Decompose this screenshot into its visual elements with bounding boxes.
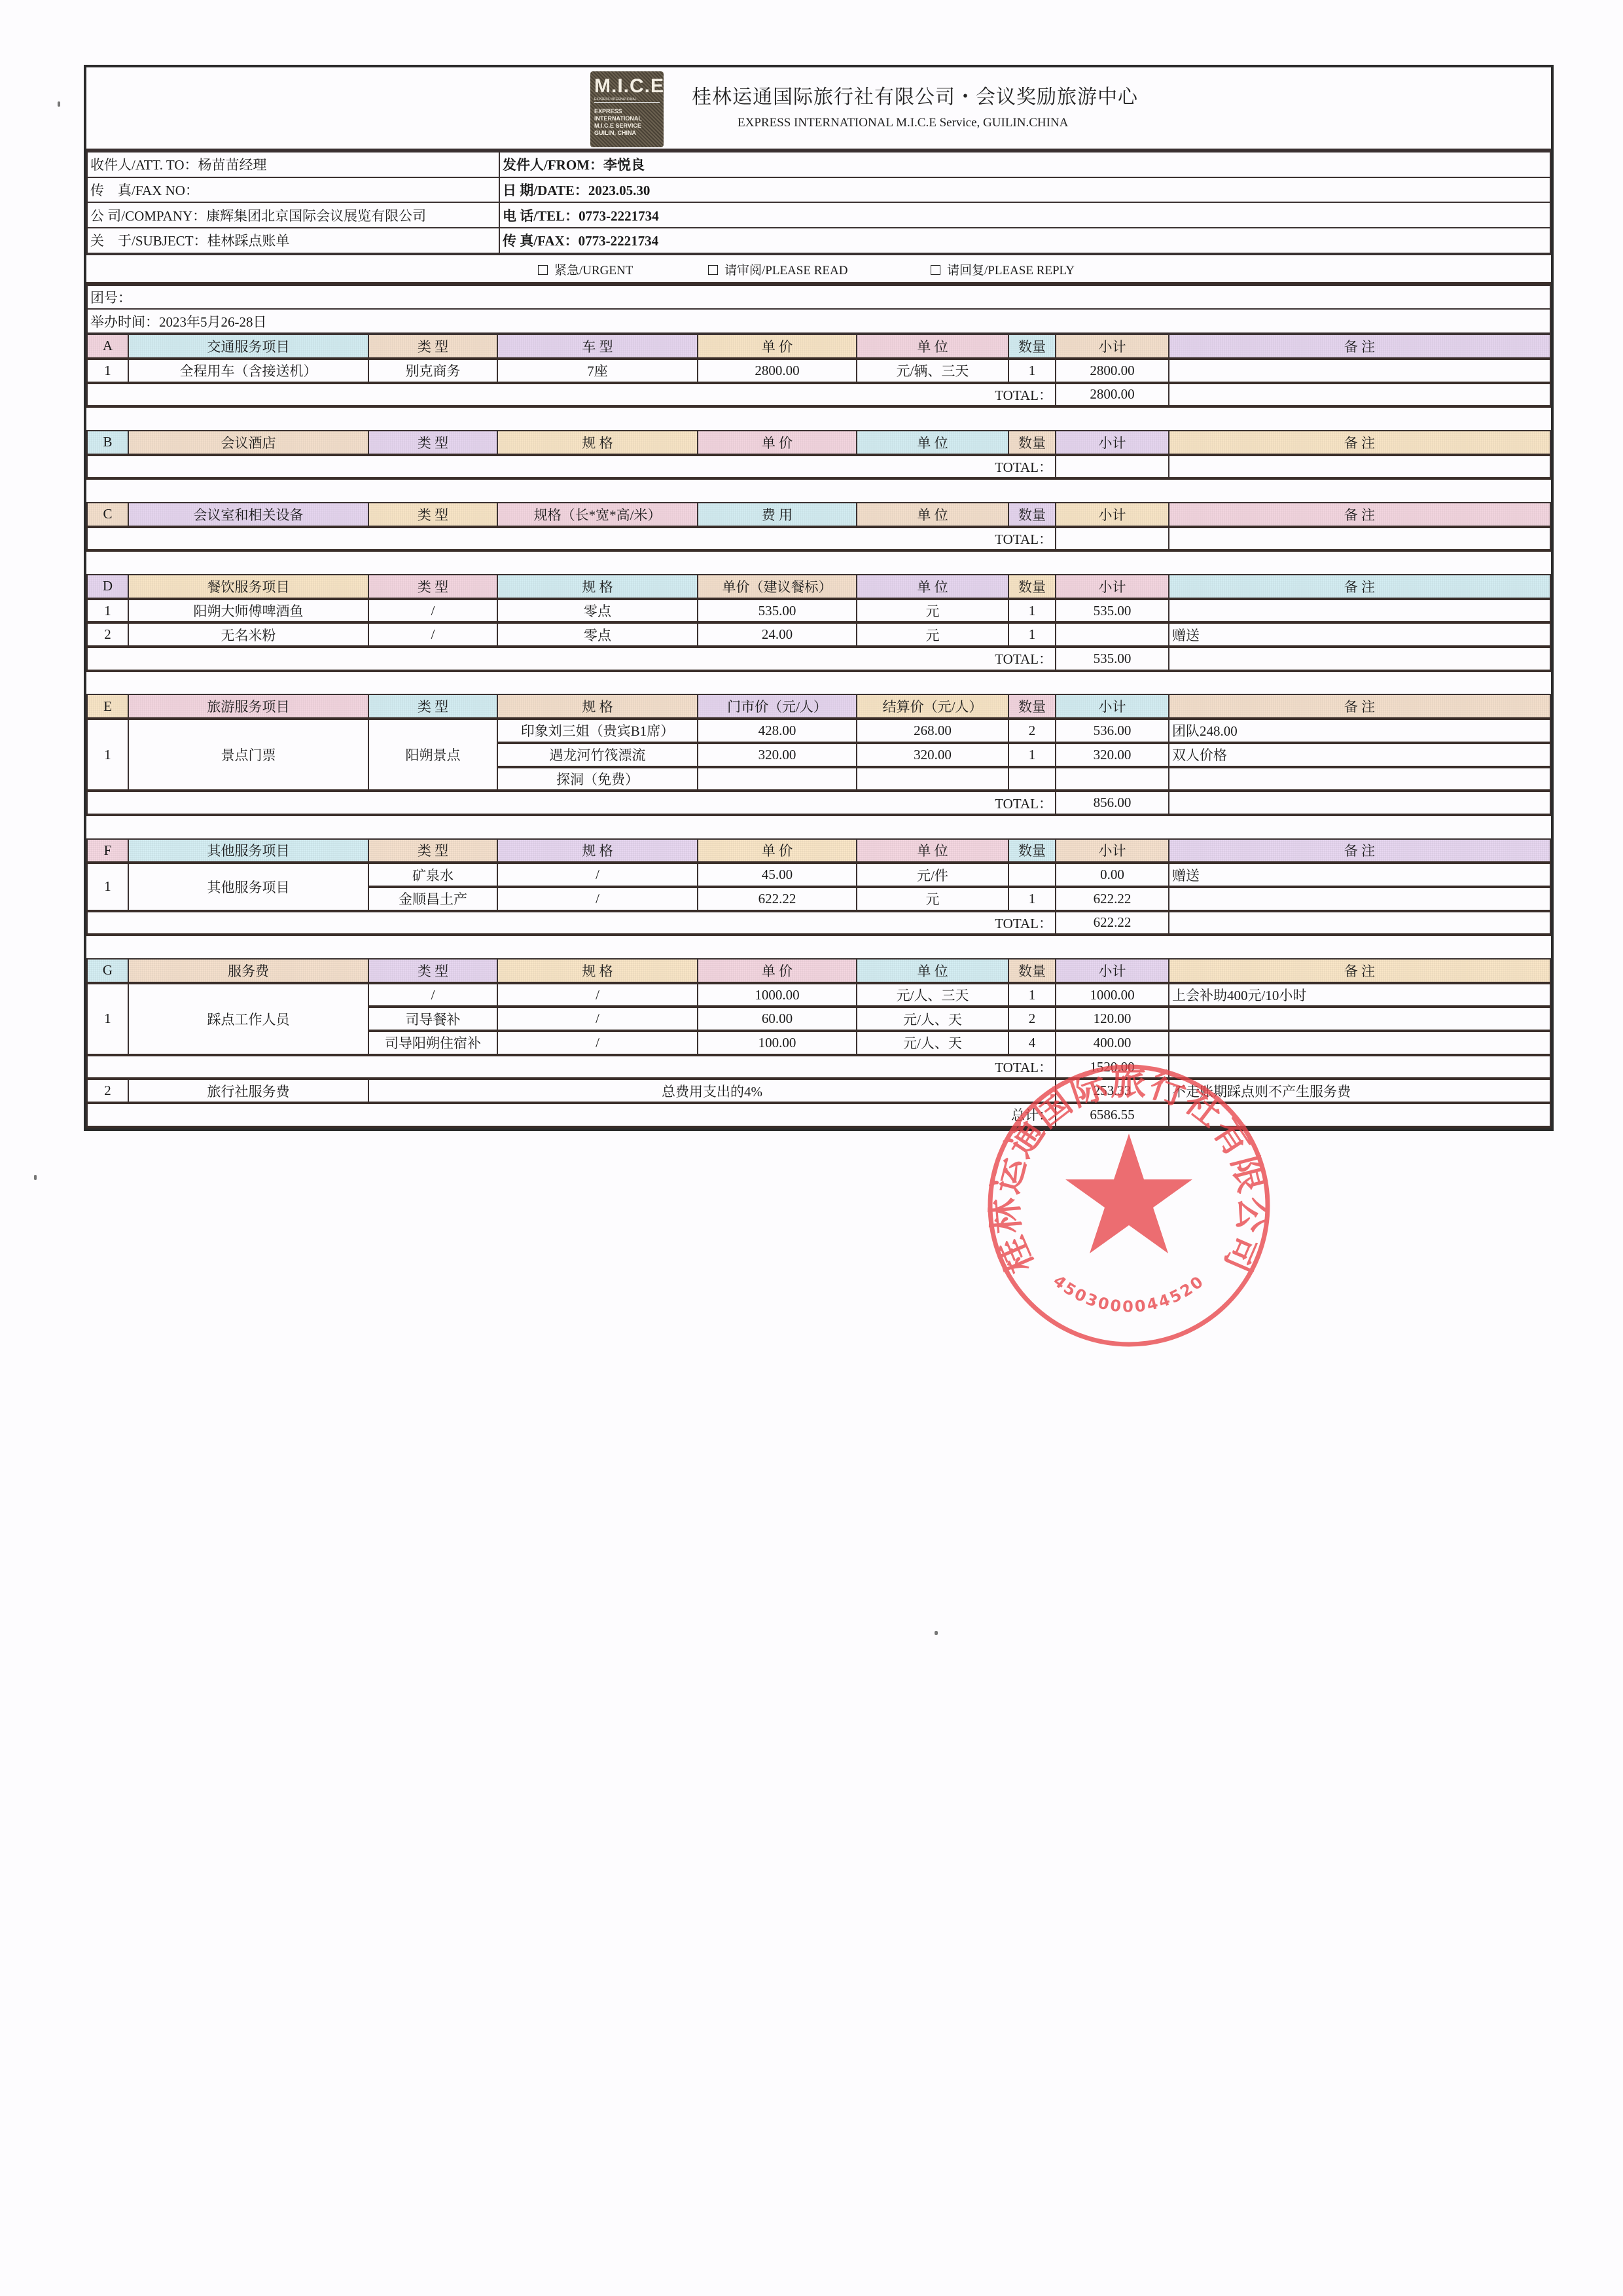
item-price: 1000.00 bbox=[698, 983, 857, 1007]
checkbox-label: 请回复/PLEASE REPLY bbox=[947, 264, 1075, 278]
item-price: 60.00 bbox=[698, 1007, 857, 1031]
svg-text:4503000044520: 4503000044520 bbox=[1050, 1272, 1208, 1316]
column-header: 小计 bbox=[1056, 959, 1169, 983]
total-label: TOTAL： bbox=[87, 527, 1056, 551]
recipient-info-cell: 传 真/FAX NO： bbox=[87, 177, 499, 203]
total-label: TOTAL： bbox=[87, 791, 1056, 815]
group-number: 团号： bbox=[87, 285, 1550, 310]
table-row: 2旅行社服务费总费用支出的4%253.33不走账期踩点则不产生服务费 bbox=[87, 1079, 1550, 1103]
column-header: 小计 bbox=[1056, 503, 1169, 527]
info-table: 收件人/ATT. TO：杨苗苗经理发件人/FROM：李悦良传 真/FAX NO：… bbox=[86, 151, 1551, 254]
grand-total: 6586.55 bbox=[1056, 1103, 1169, 1127]
grand-total-label: 总计： bbox=[87, 1103, 1056, 1127]
item-price: 45.00 bbox=[698, 863, 857, 887]
column-header: 单 价 bbox=[698, 959, 857, 983]
column-header: 备 注 bbox=[1169, 839, 1550, 863]
items-table: A交通服务项目类 型车 型单 价单 位数量小计备 注1全程用车（含接送机）别克商… bbox=[86, 334, 1551, 1128]
item-spec: 探洞（免费） bbox=[497, 767, 698, 791]
column-header: 类 型 bbox=[368, 503, 497, 527]
row-number: 2 bbox=[87, 622, 128, 647]
recipient-info-cell: 关 于/SUBJECT：桂林踩点账单 bbox=[87, 228, 499, 253]
section-total: 622.22 bbox=[1056, 911, 1169, 935]
section-total: 2800.00 bbox=[1056, 383, 1169, 407]
section-total-row: TOTAL：622.22 bbox=[87, 911, 1550, 935]
item-type: 司导餐补 bbox=[368, 1007, 497, 1031]
item-price: 320.00 bbox=[698, 743, 857, 767]
table-row: 1踩点工作人员//1000.00元/人、三天11000.00上会补助400元/1… bbox=[87, 983, 1550, 1007]
total-note bbox=[1169, 527, 1550, 551]
info-row: 公 司/COMPANY：康辉集团北京国际会议展览有限公司电 话/TEL：0773… bbox=[87, 202, 1550, 228]
item-name: 景点门票 bbox=[128, 719, 368, 791]
item-note: 双人价格 bbox=[1169, 743, 1550, 767]
sender-info-cell: 传 真/FAX：0773-2221734 bbox=[499, 228, 1550, 253]
section-gap-row bbox=[87, 671, 1550, 695]
scan-speck bbox=[935, 1631, 938, 1635]
row-number: 1 bbox=[87, 983, 128, 1055]
section-code: A bbox=[87, 334, 128, 359]
item-type: 矿泉水 bbox=[368, 863, 497, 887]
column-header: 单价（建议餐标） bbox=[698, 575, 857, 599]
row-number: 1 bbox=[87, 719, 128, 791]
column-header: 备 注 bbox=[1169, 694, 1550, 719]
scan-speck bbox=[58, 101, 60, 107]
item-unit: 元 bbox=[857, 887, 1008, 911]
section-header-row: B会议酒店类 型规 格单 价单 位数量小计备 注 bbox=[87, 431, 1550, 455]
column-header: 小计 bbox=[1056, 839, 1169, 863]
info-row: 关 于/SUBJECT：桂林踩点账单传 真/FAX：0773-2221734 bbox=[87, 228, 1550, 253]
section-code: C bbox=[87, 503, 128, 527]
column-header: 规 格 bbox=[497, 431, 698, 455]
item-qty: 4 bbox=[1008, 1031, 1056, 1055]
letterhead: M.I.C.E EXPRESS INTERNATIONAL EXPRESS IN… bbox=[86, 67, 1551, 151]
item-price: 24.00 bbox=[698, 622, 857, 647]
item-unit: 元/辆、三天 bbox=[857, 359, 1008, 383]
item-unit: 元/人、天 bbox=[857, 1031, 1008, 1055]
section-gap-row bbox=[87, 550, 1550, 575]
item-name: 全程用车（含接送机） bbox=[128, 359, 368, 383]
column-header: 备 注 bbox=[1169, 959, 1550, 983]
invoice-sheet: M.I.C.E EXPRESS INTERNATIONAL EXPRESS IN… bbox=[84, 65, 1554, 1131]
item-subtotal bbox=[1056, 622, 1169, 647]
item-spec: 零点 bbox=[497, 622, 698, 647]
checkbox-label: 紧急/URGENT bbox=[554, 264, 633, 278]
column-header: 小计 bbox=[1056, 431, 1169, 455]
section-code: E bbox=[87, 694, 128, 719]
item-name: 旅行社服务费 bbox=[128, 1079, 368, 1103]
item-subtotal: 1000.00 bbox=[1056, 983, 1169, 1007]
item-type: 别克商务 bbox=[368, 359, 497, 383]
item-unit: 元/人、三天 bbox=[857, 983, 1008, 1007]
total-label: TOTAL： bbox=[87, 455, 1056, 479]
column-header: 车 型 bbox=[497, 334, 698, 359]
total-note bbox=[1169, 647, 1550, 671]
section-gap-row bbox=[87, 935, 1550, 959]
section-header-row: A交通服务项目类 型车 型单 价单 位数量小计备 注 bbox=[87, 334, 1550, 359]
logo-line: EXPRESS bbox=[594, 108, 660, 115]
section-total bbox=[1056, 455, 1169, 479]
item-desc: 总费用支出的4% bbox=[368, 1079, 1056, 1103]
item-qty: 2 bbox=[1008, 1007, 1056, 1031]
row-number: 1 bbox=[87, 863, 128, 910]
item-spec: 零点 bbox=[497, 599, 698, 623]
item-note bbox=[1169, 887, 1550, 911]
column-header: 交通服务项目 bbox=[128, 334, 368, 359]
column-header: 费 用 bbox=[698, 503, 857, 527]
item-price: 428.00 bbox=[698, 719, 857, 743]
spacer bbox=[87, 815, 1550, 839]
item-subtotal: 536.00 bbox=[1056, 719, 1169, 743]
column-header: 类 型 bbox=[368, 575, 497, 599]
section-gap-row bbox=[87, 406, 1550, 431]
item-unit: 元 bbox=[857, 622, 1008, 647]
item-qty: 1 bbox=[1008, 887, 1056, 911]
column-header: 数量 bbox=[1008, 839, 1056, 863]
spacer bbox=[87, 478, 1550, 503]
item-qty: 1 bbox=[1008, 983, 1056, 1007]
item-subtotal bbox=[1056, 767, 1169, 791]
item-note bbox=[1169, 599, 1550, 623]
section-total-row: TOTAL：1520.00 bbox=[87, 1055, 1550, 1079]
item-qty bbox=[1008, 767, 1056, 791]
item-unit: 320.00 bbox=[857, 743, 1008, 767]
column-header: 规 格 bbox=[497, 694, 698, 719]
total-note bbox=[1169, 1103, 1550, 1127]
item-type: 司导阳朔住宿补 bbox=[368, 1031, 497, 1055]
table-row: 1景点门票阳朔景点印象刘三姐（贵宾B1席）428.00268.002536.00… bbox=[87, 719, 1550, 743]
column-header: 单 位 bbox=[857, 959, 1008, 983]
item-type: / bbox=[368, 622, 497, 647]
column-header: 单 位 bbox=[857, 431, 1008, 455]
item-note bbox=[1169, 1031, 1550, 1055]
table-row: 1全程用车（含接送机）别克商务7座2800.00元/辆、三天12800.00 bbox=[87, 359, 1550, 383]
total-note bbox=[1169, 911, 1550, 935]
table-row: 1阳朔大师傅啤酒鱼/零点535.00元1535.00 bbox=[87, 599, 1550, 623]
logo-line: M.I.C.E SERVICE bbox=[594, 122, 660, 130]
item-spec: / bbox=[497, 887, 698, 911]
item-note: 上会补助400元/10小时 bbox=[1169, 983, 1550, 1007]
spacer bbox=[87, 935, 1550, 959]
total-note bbox=[1169, 383, 1550, 407]
column-header: 会议酒店 bbox=[128, 431, 368, 455]
column-header: 旅游服务项目 bbox=[128, 694, 368, 719]
item-note bbox=[1169, 359, 1550, 383]
total-note bbox=[1169, 1055, 1550, 1079]
item-subtotal: 622.22 bbox=[1056, 887, 1169, 911]
info-row: 收件人/ATT. TO：杨苗苗经理发件人/FROM：李悦良 bbox=[87, 152, 1550, 177]
logo-line: GUILIN, CHINA bbox=[594, 130, 660, 137]
section-total-row: TOTAL：2800.00 bbox=[87, 383, 1550, 407]
column-header: 备 注 bbox=[1169, 503, 1550, 527]
column-header: 小计 bbox=[1056, 334, 1169, 359]
column-header: 类 型 bbox=[368, 334, 497, 359]
total-label: TOTAL： bbox=[87, 383, 1056, 407]
checkbox-urgent[interactable]: 紧急/URGENT bbox=[538, 260, 633, 278]
section-code: D bbox=[87, 575, 128, 599]
column-header: 单 价 bbox=[698, 334, 857, 359]
column-header: 类 型 bbox=[368, 431, 497, 455]
section-gap-row bbox=[87, 815, 1550, 839]
column-header: 单 位 bbox=[857, 334, 1008, 359]
checkbox-please-reply[interactable]: 请回复/PLEASE REPLY bbox=[931, 260, 1075, 278]
item-name: 阳朔大师傅啤酒鱼 bbox=[128, 599, 368, 623]
item-note bbox=[1169, 1007, 1550, 1031]
section-total-row: TOTAL：535.00 bbox=[87, 647, 1550, 671]
item-name: 其他服务项目 bbox=[128, 863, 368, 910]
sender-info-cell: 日 期/DATE：2023.05.30 bbox=[499, 177, 1550, 203]
grand-total-row: 总计：6586.55 bbox=[87, 1103, 1550, 1127]
item-name: 无名米粉 bbox=[128, 622, 368, 647]
section-total bbox=[1056, 527, 1169, 551]
item-price: 622.22 bbox=[698, 887, 857, 911]
section-total-row: TOTAL： bbox=[87, 455, 1550, 479]
section-total-row: TOTAL：856.00 bbox=[87, 791, 1550, 815]
checkbox-please-read[interactable]: 请审阅/PLEASE READ bbox=[708, 260, 847, 278]
item-qty: 1 bbox=[1008, 743, 1056, 767]
item-unit: 268.00 bbox=[857, 719, 1008, 743]
item-note: 不走账期踩点则不产生服务费 bbox=[1169, 1079, 1550, 1103]
logo-tagline: EXPRESS INTERNATIONAL bbox=[594, 98, 660, 103]
column-header: 规 格 bbox=[497, 959, 698, 983]
table-row: 1其他服务项目矿泉水/45.00元/件0.00赠送 bbox=[87, 863, 1550, 887]
section-header-row: E旅游服务项目类 型规 格门市价（元/人）结算价（元/人）数量小计备 注 bbox=[87, 694, 1550, 719]
item-type: 金顺昌土产 bbox=[368, 887, 497, 911]
row-number: 1 bbox=[87, 599, 128, 623]
table-row: 2无名米粉/零点24.00元1赠送 bbox=[87, 622, 1550, 647]
item-price bbox=[698, 767, 857, 791]
item-subtotal: 120.00 bbox=[1056, 1007, 1169, 1031]
item-unit: 元/人、天 bbox=[857, 1007, 1008, 1031]
section-header-row: C会议室和相关设备类 型规格（长*宽*高/米）费 用单 位数量小计备 注 bbox=[87, 503, 1550, 527]
column-header: 数量 bbox=[1008, 431, 1056, 455]
spacer bbox=[87, 550, 1550, 575]
item-subtotal: 320.00 bbox=[1056, 743, 1169, 767]
section-code: B bbox=[87, 431, 128, 455]
priority-checkboxes: 紧急/URGENT 请审阅/PLEASE READ 请回复/PLEASE REP… bbox=[86, 254, 1551, 285]
sender-info-cell: 电 话/TEL：0773-2221734 bbox=[499, 202, 1550, 228]
column-header: 数量 bbox=[1008, 959, 1056, 983]
section-total-row: TOTAL： bbox=[87, 527, 1550, 551]
item-qty: 2 bbox=[1008, 719, 1056, 743]
column-header: 餐饮服务项目 bbox=[128, 575, 368, 599]
checkbox-label: 请审阅/PLEASE READ bbox=[724, 264, 847, 278]
section-code: F bbox=[87, 839, 128, 863]
item-subtotal: 0.00 bbox=[1056, 863, 1169, 887]
item-qty bbox=[1008, 863, 1056, 887]
column-header: 类 型 bbox=[368, 839, 497, 863]
column-header: 单 价 bbox=[698, 431, 857, 455]
column-header: 数量 bbox=[1008, 503, 1056, 527]
item-spec: 遇龙河竹筏漂流 bbox=[497, 743, 698, 767]
company-name-en: EXPRESS INTERNATIONAL M.I.C.E Service, G… bbox=[738, 116, 1068, 130]
section-total: 1520.00 bbox=[1056, 1055, 1169, 1079]
row-number: 1 bbox=[87, 359, 128, 383]
item-qty: 1 bbox=[1008, 599, 1056, 623]
item-qty: 1 bbox=[1008, 359, 1056, 383]
company-name-cn: 桂林运通国际旅行社有限公司・会议奖励旅游中心 bbox=[692, 81, 1138, 109]
column-header: 单 位 bbox=[857, 575, 1008, 599]
column-header: 门市价（元/人） bbox=[698, 694, 857, 719]
column-header: 数量 bbox=[1008, 334, 1056, 359]
event-time: 举办时间：2023年5月26-28日 bbox=[87, 309, 1550, 333]
section-code: G bbox=[87, 959, 128, 983]
column-header: 规 格 bbox=[497, 839, 698, 863]
total-label: TOTAL： bbox=[87, 911, 1056, 935]
item-note bbox=[1169, 767, 1550, 791]
item-type: / bbox=[368, 983, 497, 1007]
column-header: 小计 bbox=[1056, 575, 1169, 599]
spacer bbox=[87, 671, 1550, 695]
item-subtotal: 2800.00 bbox=[1056, 359, 1169, 383]
column-header: 数量 bbox=[1008, 575, 1056, 599]
column-header: 小计 bbox=[1056, 694, 1169, 719]
item-type: 阳朔景点 bbox=[368, 719, 497, 791]
item-qty: 1 bbox=[1008, 622, 1056, 647]
recipient-info-cell: 收件人/ATT. TO：杨苗苗经理 bbox=[87, 152, 499, 177]
item-unit: 元/件 bbox=[857, 863, 1008, 887]
checkbox-icon[interactable] bbox=[931, 265, 940, 275]
item-subtotal: 253.33 bbox=[1056, 1079, 1169, 1103]
item-spec: / bbox=[497, 983, 698, 1007]
total-label: TOTAL： bbox=[87, 1055, 1056, 1079]
column-header: 类 型 bbox=[368, 694, 497, 719]
logo-title: M.I.C.E bbox=[594, 75, 660, 98]
logo-line: INTERNATIONAL bbox=[594, 115, 660, 122]
total-note bbox=[1169, 455, 1550, 479]
column-header: 数量 bbox=[1008, 694, 1056, 719]
item-spec: 印象刘三姐（贵宾B1席） bbox=[497, 719, 698, 743]
item-note: 赠送 bbox=[1169, 863, 1550, 887]
recipient-info-cell: 公 司/COMPANY：康辉集团北京国际会议展览有限公司 bbox=[87, 202, 499, 228]
item-note: 赠送 bbox=[1169, 622, 1550, 647]
info-row: 传 真/FAX NO：日 期/DATE：2023.05.30 bbox=[87, 177, 1550, 203]
item-subtotal: 535.00 bbox=[1056, 599, 1169, 623]
column-header: 规格（长*宽*高/米） bbox=[497, 503, 698, 527]
item-spec: / bbox=[497, 1031, 698, 1055]
column-header: 规 格 bbox=[497, 575, 698, 599]
column-header: 结算价（元/人） bbox=[857, 694, 1008, 719]
item-price: 535.00 bbox=[698, 599, 857, 623]
column-header: 会议室和相关设备 bbox=[128, 503, 368, 527]
column-header: 备 注 bbox=[1169, 431, 1550, 455]
column-header: 类 型 bbox=[368, 959, 497, 983]
item-price: 100.00 bbox=[698, 1031, 857, 1055]
section-header-row: F其他服务项目类 型规 格单 价单 位数量小计备 注 bbox=[87, 839, 1550, 863]
mice-logo: M.I.C.E EXPRESS INTERNATIONAL EXPRESS IN… bbox=[590, 71, 664, 147]
checkbox-icon[interactable] bbox=[708, 265, 718, 275]
column-header: 单 价 bbox=[698, 839, 857, 863]
item-spec: / bbox=[497, 863, 698, 887]
total-note bbox=[1169, 791, 1550, 815]
section-gap-row bbox=[87, 478, 1550, 503]
sender-info-cell: 发件人/FROM：李悦良 bbox=[499, 152, 1550, 177]
column-header: 备 注 bbox=[1169, 575, 1550, 599]
section-header-row: D餐饮服务项目类 型规 格单价（建议餐标）单 位数量小计备 注 bbox=[87, 575, 1550, 599]
section-header-row: G服务费类 型规 格单 价单 位数量小计备 注 bbox=[87, 959, 1550, 983]
row-number: 2 bbox=[87, 1079, 128, 1103]
column-header: 单 位 bbox=[857, 839, 1008, 863]
spacer bbox=[87, 406, 1550, 431]
item-spec: 7座 bbox=[497, 359, 698, 383]
column-header: 服务费 bbox=[128, 959, 368, 983]
checkbox-icon[interactable] bbox=[538, 265, 548, 275]
column-header: 备 注 bbox=[1169, 334, 1550, 359]
scan-speck bbox=[34, 1175, 37, 1180]
section-total: 535.00 bbox=[1056, 647, 1169, 671]
item-spec: / bbox=[497, 1007, 698, 1031]
column-header: 其他服务项目 bbox=[128, 839, 368, 863]
section-total: 856.00 bbox=[1056, 791, 1169, 815]
item-unit: 元 bbox=[857, 599, 1008, 623]
item-note: 团队248.00 bbox=[1169, 719, 1550, 743]
item-price: 2800.00 bbox=[698, 359, 857, 383]
total-label: TOTAL： bbox=[87, 647, 1056, 671]
item-subtotal: 400.00 bbox=[1056, 1031, 1169, 1055]
item-name: 踩点工作人员 bbox=[128, 983, 368, 1055]
column-header: 单 位 bbox=[857, 503, 1008, 527]
item-unit bbox=[857, 767, 1008, 791]
group-info-table: 团号： 举办时间：2023年5月26-28日 bbox=[86, 285, 1551, 334]
item-type: / bbox=[368, 599, 497, 623]
